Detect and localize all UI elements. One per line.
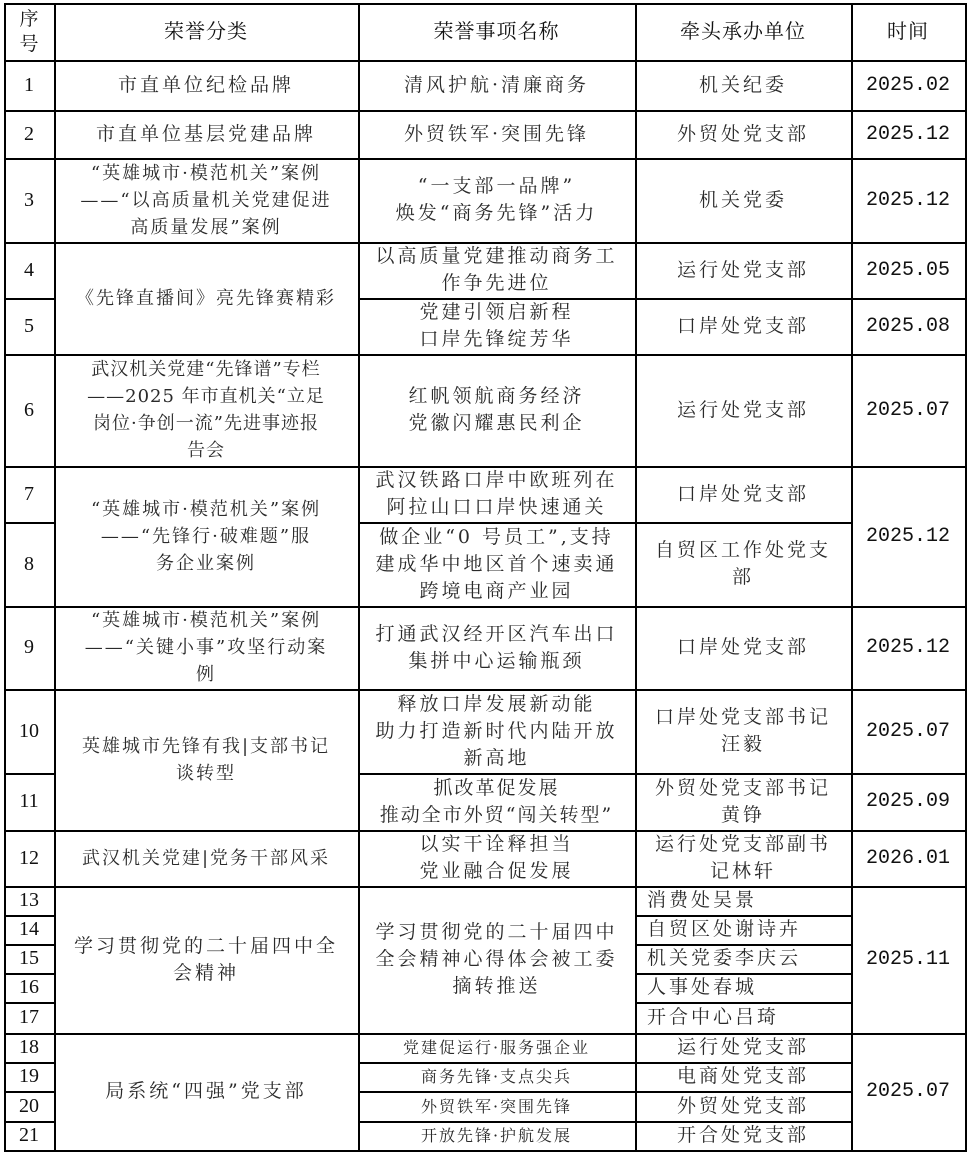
honors-table: 序 号 荣誉分类 荣誉事项名称 牵头承办单位 时间 1 2 3 4 5 6 7 … [0,0,968,1154]
category-text: 学习贯彻党的二十届四中全 会精神 [74,933,338,987]
unit-text: 机关党委李庆云 [647,945,801,972]
category-text: 局系统“四强”党支部 [105,1078,306,1105]
item-cell: “一支部一品牌” 焕发“商务先锋”活力 [358,158,637,244]
header-unit: 牵头承办单位 [635,3,853,62]
item-cell: 打通武汉经开区汽车出口 集拼中心运输瓶颈 [358,606,637,691]
item-cell: 党建促运行·服务强企业 [358,1033,637,1064]
index-value: 17 [19,1004,39,1031]
item-cell: 党建引领启新程 口岸先锋绽芳华 [358,298,637,356]
row-index: 17 [4,1002,56,1035]
item-text: “一支部一品牌” 焕发“商务先锋”活力 [396,173,597,227]
item-cell: 以高质量党建推动商务工 作争先进位 [358,242,637,300]
category-text: 市直单位基层党建品牌 [96,121,316,148]
category-cell: 局系统“四强”党支部 [54,1033,360,1152]
time-text: 2025.07 [866,718,950,745]
header-category-label: 荣誉分类 [164,18,248,45]
row-index: 18 [4,1033,56,1064]
unit-cell: 口岸处党支部 [635,466,853,524]
category-text: “英雄城市·模范机关”案例 ——“先锋行·破难题”服 务企业案例 [91,496,321,577]
unit-cell: 运行处党支部副书 记林轩 [635,830,853,888]
time-cell: 2025.12 [851,110,967,160]
row-index: 2 [4,110,56,160]
unit-text: 机关纪委 [699,72,787,99]
time-text: 2025.07 [866,397,950,424]
unit-text: 口岸处党支部书记 汪毅 [655,704,831,758]
row-index: 10 [4,689,56,775]
unit-text: 口岸处党支部 [677,313,809,340]
row-index: 12 [4,830,56,888]
time-cell: 2025.12 [851,158,967,244]
unit-text: 开合处党支部 [677,1122,809,1149]
category-cell: 市直单位基层党建品牌 [54,110,360,160]
time-cell: 2025.07 [851,689,967,775]
index-value: 21 [19,1122,39,1149]
item-cell: 以实干诠释担当 党业融合促发展 [358,830,637,888]
index-value: 19 [19,1063,39,1090]
unit-cell: 自贸区工作处党支 部 [635,522,853,608]
item-cell: 做企业“0 号员工”,支持 建成华中地区首个速卖通 跨境电商产业园 [358,522,637,608]
row-index: 4 [4,242,56,300]
item-text: 打通武汉经开区汽车出口 集拼中心运输瓶颈 [375,621,617,675]
item-text: 商务先锋·支点尖兵 [421,1063,572,1090]
time-cell: 2025.08 [851,298,967,356]
unit-text: 运行处党支部 [677,397,809,424]
row-index: 20 [4,1091,56,1123]
index-value: 9 [24,634,34,661]
time-cell: 2025.12 [851,466,967,608]
time-cell: 2025.09 [851,773,967,832]
item-cell: 红帆领航商务经济 党徽闪耀惠民利企 [358,354,637,468]
unit-text: 自贸区工作处党支 部 [655,537,831,591]
time-text: 2025.12 [866,634,950,661]
unit-text: 运行处党支部副书 记林轩 [655,831,831,885]
unit-cell: 运行处党支部 [635,354,853,468]
item-text: 以高质量党建推动商务工 作争先进位 [375,243,617,297]
unit-text: 消费处吴景 [647,887,757,914]
time-cell: 2025.07 [851,354,967,468]
index-value: 11 [19,788,38,815]
index-value: 14 [19,916,39,943]
row-index: 3 [4,158,56,244]
row-index: 9 [4,606,56,691]
unit-text: 外贸处党支部 [677,1093,809,1120]
header-item-label: 荣誉事项名称 [434,18,560,45]
index-value: 3 [24,187,34,214]
time-text: 2025.07 [866,1078,950,1105]
row-index: 14 [4,915,56,946]
item-cell: 清风护航·清廉商务 [358,60,637,112]
item-cell: 外贸铁军·突围先锋 [358,1091,637,1123]
row-index: 15 [4,944,56,975]
category-cell: 市直单位纪检品牌 [54,60,360,112]
index-value: 8 [24,551,34,578]
time-text: 2025.08 [866,313,950,340]
unit-text: 口岸处党支部 [677,481,809,508]
index-value: 2 [24,121,34,148]
item-text: 外贸铁军·突围先锋 [404,121,589,148]
category-text: 武汉机关党建|党务干部风采 [82,845,330,872]
category-cell: 武汉机关党建“先锋谱”专栏 ——2025 年市直机关“立足 岗位·争创一流”先进… [54,354,360,468]
time-text: 2025.09 [866,788,950,815]
row-index: 16 [4,973,56,1004]
unit-text: 运行处党支部 [677,257,809,284]
header-time-label: 时间 [887,18,929,45]
category-text: 市直单位纪检品牌 [118,72,294,99]
row-index: 13 [4,886,56,917]
category-cell: 学习贯彻党的二十届四中全 会精神 [54,886,360,1035]
time-text: 2026.01 [866,845,950,872]
index-value: 16 [19,974,39,1001]
item-text: 学习贯彻党的二十届四中 全会精神心得体会被工委 摘转推送 [375,919,617,1000]
row-index: 6 [4,354,56,468]
item-text: 做企业“0 号员工”,支持 建成华中地区首个速卖通 跨境电商产业园 [375,524,617,605]
row-index: 19 [4,1062,56,1093]
item-cell: 商务先锋·支点尖兵 [358,1062,637,1093]
index-value: 18 [19,1034,39,1061]
index-value: 13 [19,887,39,914]
category-text: 武汉机关党建“先锋谱”专栏 ——2025 年市直机关“立足 岗位·争创一流”先进… [87,356,325,464]
unit-cell: 开合中心吕琦 [635,1002,853,1035]
category-text: “英雄城市·模范机关”案例 ——“以高质量机关党建促进 高质量发展”案例 [80,160,331,241]
item-cell: 外贸铁军·突围先锋 [358,110,637,160]
item-text: 红帆领航商务经济 党徽闪耀惠民利企 [408,383,584,437]
index-value: 5 [24,313,34,340]
unit-cell: 机关党委李庆云 [635,944,853,975]
category-cell: 《先锋直播间》亮先锋赛精彩 [54,242,360,356]
index-value: 1 [24,72,34,99]
unit-text: 机关党委 [699,187,787,214]
unit-cell: 开合处党支部 [635,1121,853,1152]
unit-cell: 运行处党支部 [635,242,853,300]
time-cell: 2025.12 [851,606,967,691]
index-value: 20 [19,1093,39,1120]
time-text: 2025.12 [866,523,950,550]
category-text: 《先锋直播间》亮先锋赛精彩 [76,285,336,312]
header-item: 荣誉事项名称 [358,3,637,62]
item-text: 党建引领启新程 口岸先锋绽芳华 [419,299,573,353]
time-cell: 2025.07 [851,1033,967,1152]
unit-cell: 口岸处党支部书记 汪毅 [635,689,853,775]
unit-text: 开合中心吕琦 [647,1004,779,1031]
unit-text: 自贸区处谢诗卉 [647,916,801,943]
time-text: 2025.02 [866,72,950,99]
item-text: 抓改革促发展 推动全市外贸“闯关转型” [380,775,613,829]
unit-cell: 人事处春城 [635,973,853,1004]
index-value: 15 [19,945,39,972]
time-text: 2025.12 [866,121,950,148]
row-index: 8 [4,522,56,608]
item-cell: 释放口岸发展新动能 助力打造新时代内陆开放 新高地 [358,689,637,775]
item-cell: 抓改革促发展 推动全市外贸“闯关转型” [358,773,637,832]
time-text: 2025.05 [866,257,950,284]
unit-text: 外贸处党支部 [677,121,809,148]
unit-cell: 机关纪委 [635,60,853,112]
unit-text: 口岸处党支部 [677,634,809,661]
category-cell: “英雄城市·模范机关”案例 ——“以高质量机关党建促进 高质量发展”案例 [54,158,360,244]
category-cell: 英雄城市先锋有我|支部书记 谈转型 [54,689,360,832]
item-text: 以实干诠释担当 党业融合促发展 [419,831,573,885]
time-cell: 2025.02 [851,60,967,112]
unit-text: 人事处春城 [647,974,757,1001]
item-text: 党建促运行·服务强企业 [403,1034,590,1061]
category-text: “英雄城市·模范机关”案例 ——“关键小事”攻坚行动案 例 [85,607,327,688]
time-cell: 2025.05 [851,242,967,300]
unit-cell: 外贸处党支部书记 黄铮 [635,773,853,832]
index-value: 7 [24,481,34,508]
item-text: 武汉铁路口岸中欧班列在 阿拉山口口岸快速通关 [375,467,617,521]
header-category: 荣誉分类 [54,3,360,62]
category-cell: “英雄城市·模范机关”案例 ——“先锋行·破难题”服 务企业案例 [54,466,360,608]
row-index: 1 [4,60,56,112]
time-cell: 2025.11 [851,886,967,1035]
unit-cell: 口岸处党支部 [635,606,853,691]
unit-text: 运行处党支部 [677,1034,809,1061]
unit-cell: 外贸处党支部 [635,110,853,160]
item-text: 清风护航·清廉商务 [404,72,589,99]
index-value: 4 [24,257,34,284]
row-index: 11 [4,773,56,832]
unit-cell: 自贸区处谢诗卉 [635,915,853,946]
unit-cell: 消费处吴景 [635,886,853,917]
unit-cell: 口岸处党支部 [635,298,853,356]
header-index: 序 号 [4,3,56,62]
category-cell: “英雄城市·模范机关”案例 ——“关键小事”攻坚行动案 例 [54,606,360,691]
item-text: 外贸铁军·突围先锋 [421,1093,572,1120]
index-value: 10 [19,718,39,745]
unit-text: 电商处党支部 [677,1063,809,1090]
header-index-label: 序 号 [19,7,38,57]
unit-cell: 机关党委 [635,158,853,244]
time-text: 2025.11 [866,946,950,973]
header-time: 时间 [851,3,967,62]
header-unit-label: 牵头承办单位 [680,18,806,45]
category-cell: 武汉机关党建|党务干部风采 [54,830,360,888]
row-index: 7 [4,466,56,524]
item-cell: 学习贯彻党的二十届四中 全会精神心得体会被工委 摘转推送 [358,886,637,1035]
unit-cell: 电商处党支部 [635,1062,853,1093]
unit-cell: 运行处党支部 [635,1033,853,1064]
index-value: 6 [24,397,34,424]
index-value: 12 [19,845,39,872]
item-text: 开放先锋·护航发展 [421,1122,572,1149]
time-cell: 2026.01 [851,830,967,888]
item-cell: 武汉铁路口岸中欧班列在 阿拉山口口岸快速通关 [358,466,637,524]
unit-text: 外贸处党支部书记 黄铮 [655,775,831,829]
row-index: 5 [4,298,56,356]
unit-cell: 外贸处党支部 [635,1091,853,1123]
item-cell: 开放先锋·护航发展 [358,1121,637,1152]
time-text: 2025.12 [866,187,950,214]
category-text: 英雄城市先锋有我|支部书记 谈转型 [82,733,330,787]
row-index: 21 [4,1121,56,1152]
item-text: 释放口岸发展新动能 助力打造新时代内陆开放 新高地 [375,691,617,772]
